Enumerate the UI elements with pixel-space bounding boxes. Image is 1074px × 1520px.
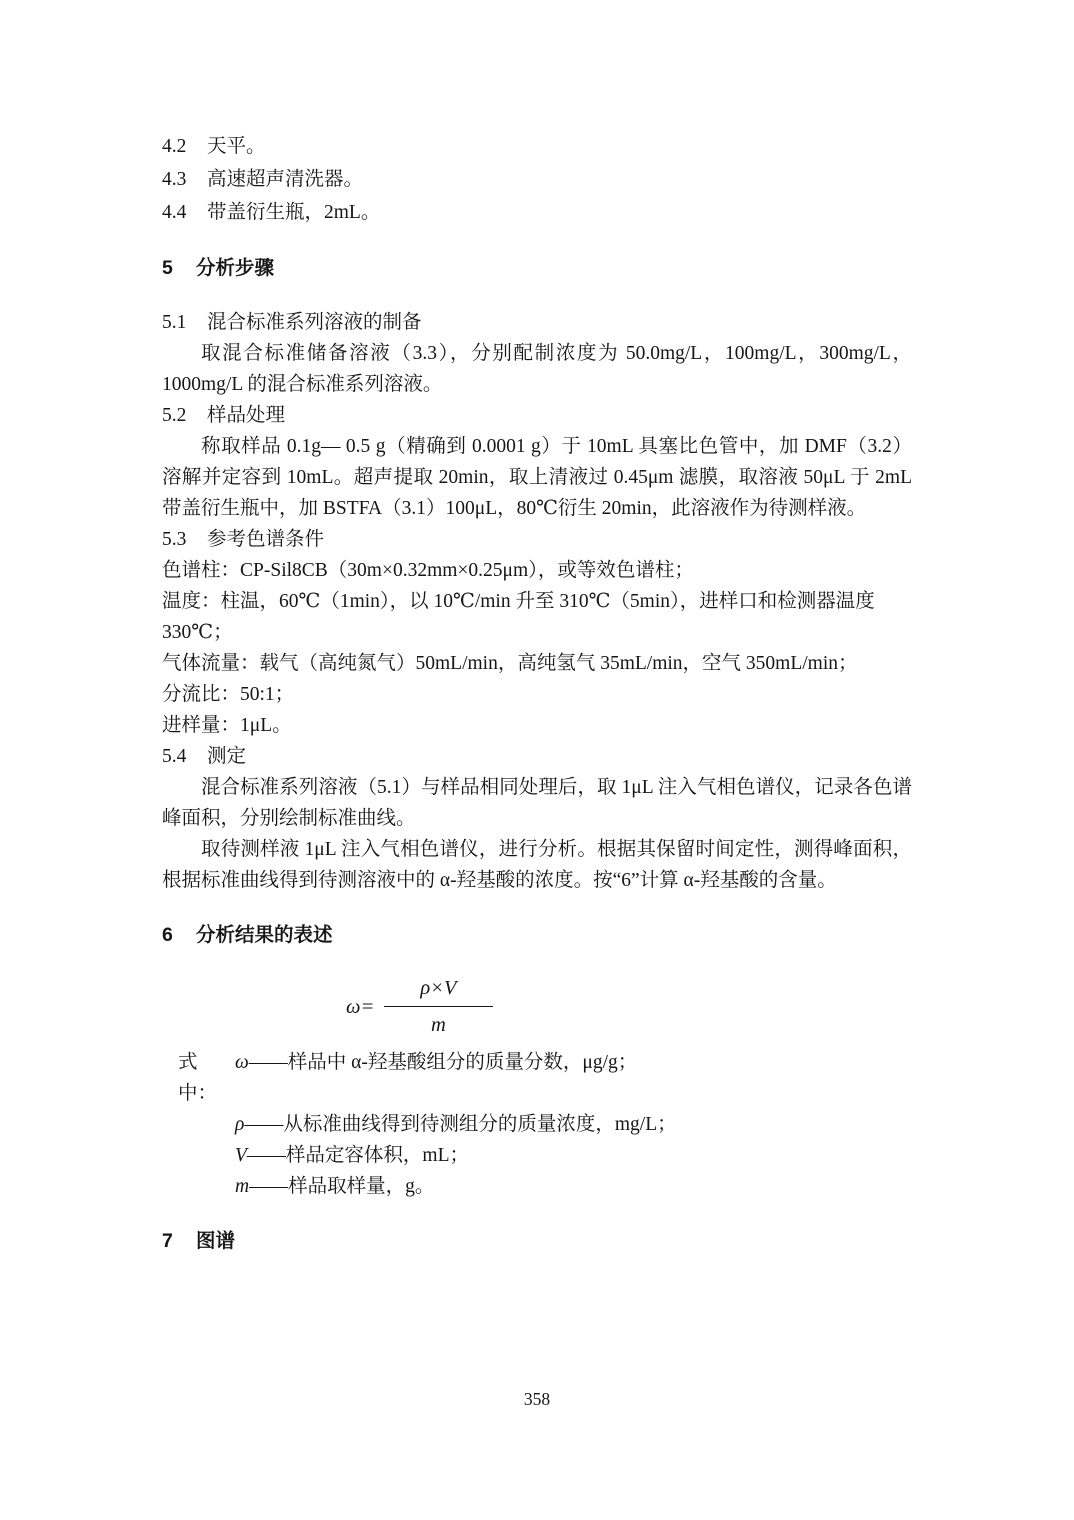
section-heading-7: 7 图谱 — [162, 1229, 912, 1253]
subsection-text: 混合标准系列溶液的制备 — [207, 307, 422, 338]
paragraph: 取混合标准储备溶液（3.3），分别配制浓度为 50.0mg/L，100mg/L，… — [162, 338, 912, 400]
document-body: 4.2 天平。 4.3 高速超声清洗器。 4.4 带盖衍生瓶，2mL。 5 分析… — [162, 130, 912, 1280]
definition-symbol: ρ — [235, 1109, 244, 1140]
subsection-title-5-1: 5.1 混合标准系列溶液的制备 — [162, 307, 912, 338]
paragraph: 取待测样液 1μL 注入气相色谱仪，进行分析。根据其保留时间定性，测得峰面积，根… — [162, 834, 912, 896]
subsection-number: 5.1 — [162, 307, 207, 338]
condition-line: 色谱柱：CP-Sil8CB（30m×0.32mm×0.25μm），或等效色谱柱； — [162, 555, 912, 586]
definition-row: V ——样品定容体积，mL； — [178, 1140, 912, 1171]
condition-line: 气体流量：载气（高纯氮气）50mL/min，高纯氢气 35mL/min，空气 3… — [162, 648, 912, 679]
list-item: 4.2 天平。 — [162, 130, 912, 163]
formula-numerator: ρ×V — [384, 974, 492, 1007]
paragraph: 称取样品 0.1g— 0.5 g（精确到 0.0001 g）于 10mL 具塞比… — [162, 431, 912, 524]
heading-title: 分析步骤 — [196, 256, 274, 280]
item-text: 高速超声清洗器。 — [207, 163, 363, 196]
document-page: 4.2 天平。 4.3 高速超声清洗器。 4.4 带盖衍生瓶，2mL。 5 分析… — [0, 0, 1074, 1520]
section-heading-6: 6 分析结果的表述 — [162, 923, 912, 947]
paragraph: 混合标准系列溶液（5.1）与样品相同处理后，取 1μL 注入气相色谱仪，记录各色… — [162, 772, 912, 834]
heading-number: 7 — [162, 1229, 196, 1253]
definition-row: m ——样品取样量，g。 — [178, 1171, 912, 1202]
subsection-title-5-3: 5.3 参考色谱条件 — [162, 524, 912, 555]
condition-line: 温度：柱温，60℃（1min），以 10℃/min 升至 310℃（5min），… — [162, 586, 912, 648]
definition-text: ——从标准曲线得到待测组分的质量浓度，mg/L； — [244, 1109, 676, 1140]
item-number: 4.2 — [162, 130, 207, 163]
heading-number: 6 — [162, 923, 196, 947]
section-heading-5: 5 分析步骤 — [162, 256, 912, 280]
where-label: 式中： — [178, 1047, 235, 1109]
definition-text: ——样品取样量，g。 — [249, 1171, 434, 1202]
subsection-title-5-4: 5.4 测定 — [162, 741, 912, 772]
subsection-text: 参考色谱条件 — [207, 524, 324, 555]
heading-number: 5 — [162, 256, 196, 280]
where-spacer — [178, 1171, 235, 1202]
formula-lhs: ω= — [346, 993, 374, 1021]
formula-denominator: m — [431, 1007, 446, 1039]
item-text: 带盖衍生瓶，2mL。 — [207, 196, 380, 229]
condition-line: 分流比：50:1； — [162, 679, 912, 710]
page-number: 358 — [0, 1388, 1074, 1410]
subsection-number: 5.2 — [162, 400, 207, 431]
definition-symbol: ω — [235, 1047, 249, 1109]
formula-definitions: 式中： ω ——样品中 α-羟基酸组分的质量分数，μg/g； ρ ——从标准曲线… — [178, 1047, 912, 1202]
formula-fraction: ρ×V m — [384, 974, 492, 1039]
heading-title: 分析结果的表述 — [196, 923, 333, 947]
subsection-text: 测定 — [207, 741, 246, 772]
definition-symbol: V — [235, 1140, 247, 1171]
condition-line: 进样量：1μL。 — [162, 710, 912, 741]
heading-title: 图谱 — [196, 1229, 235, 1253]
definition-row: 式中： ω ——样品中 α-羟基酸组分的质量分数，μg/g； — [178, 1047, 912, 1109]
definition-text: ——样品定容体积，mL； — [247, 1140, 469, 1171]
item-number: 4.3 — [162, 163, 207, 196]
definition-text: ——样品中 α-羟基酸组分的质量分数，μg/g； — [249, 1047, 637, 1109]
subsection-number: 5.3 — [162, 524, 207, 555]
formula: ω= ρ×V m — [346, 974, 912, 1039]
where-spacer — [178, 1109, 235, 1140]
definition-symbol: m — [235, 1171, 249, 1202]
list-item: 4.4 带盖衍生瓶，2mL。 — [162, 196, 912, 229]
definition-row: ρ ——从标准曲线得到待测组分的质量浓度，mg/L； — [178, 1109, 912, 1140]
list-item: 4.3 高速超声清洗器。 — [162, 163, 912, 196]
item-text: 天平。 — [207, 130, 266, 163]
subsection-title-5-2: 5.2 样品处理 — [162, 400, 912, 431]
subsection-number: 5.4 — [162, 741, 207, 772]
where-spacer — [178, 1140, 235, 1171]
subsection-text: 样品处理 — [207, 400, 285, 431]
item-number: 4.4 — [162, 196, 207, 229]
